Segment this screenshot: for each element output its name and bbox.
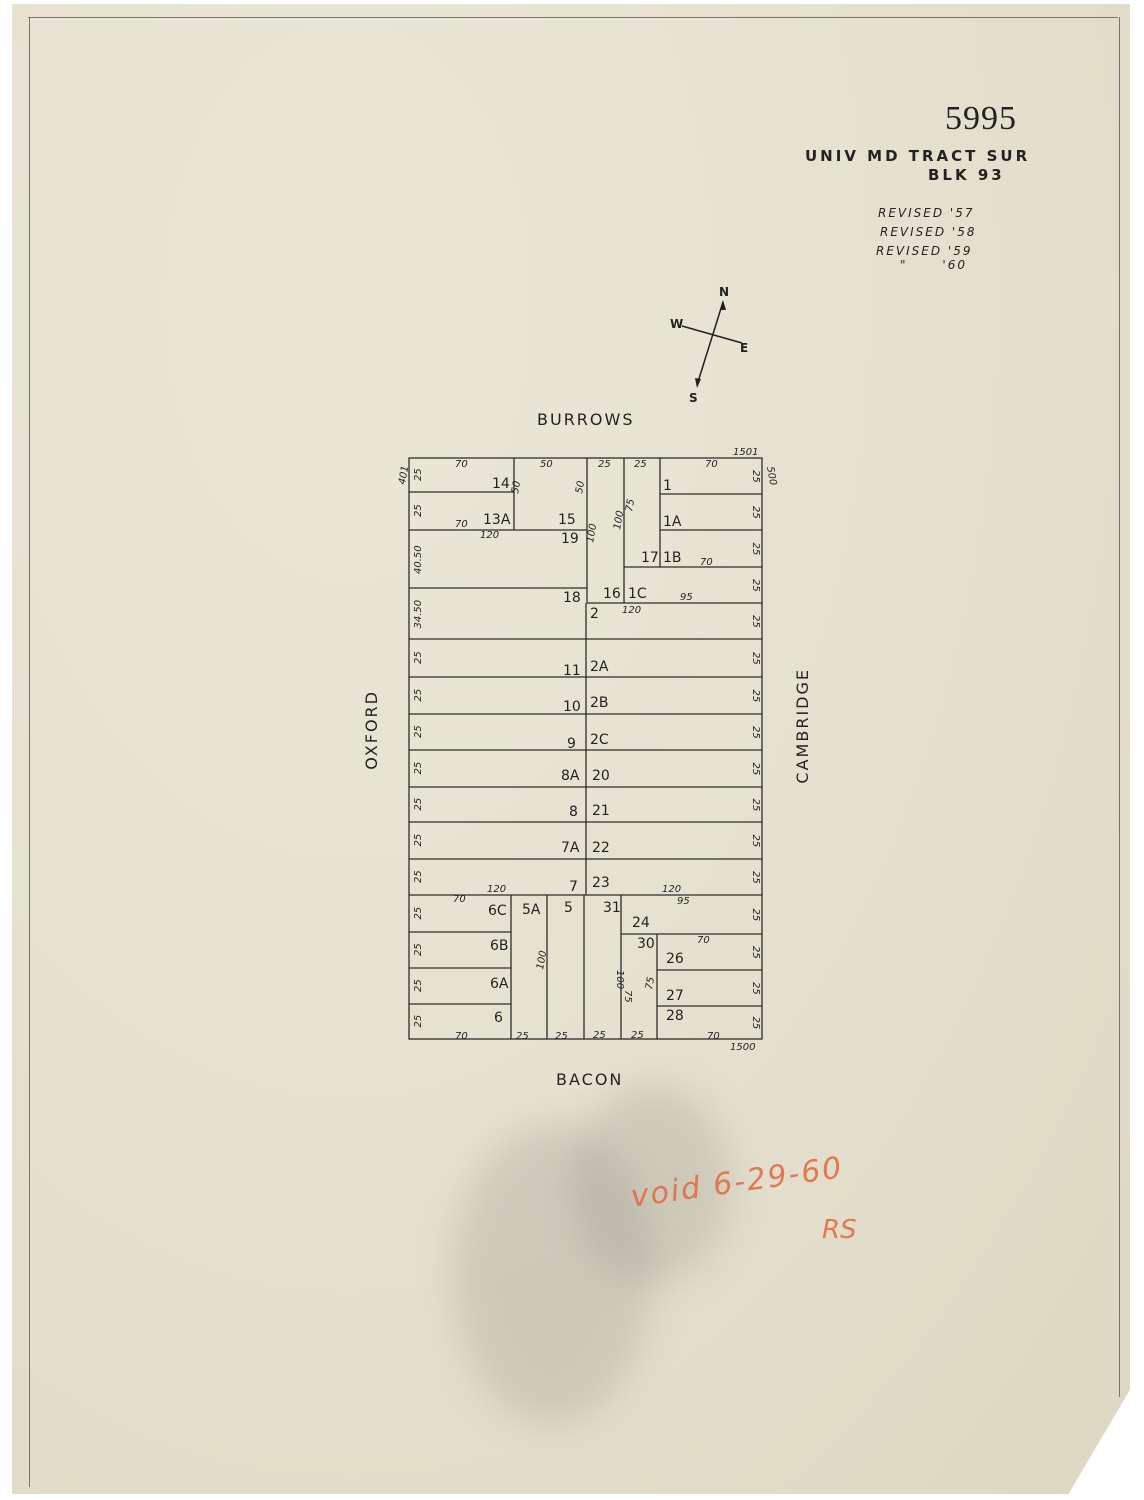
dimension-label: 50 <box>540 459 553 470</box>
left-edge-dimension: 25 <box>413 651 424 664</box>
corner-label-500: 500 <box>764 466 778 487</box>
lot-label-6b: 6B <box>490 938 509 954</box>
lot-label-1b: 1B <box>663 550 682 566</box>
dimension-label: 100 <box>585 523 599 544</box>
lot-label-31: 31 <box>603 900 621 916</box>
left-edge-dimension: 25 <box>413 907 424 920</box>
lot-label-27: 27 <box>666 988 684 1004</box>
dimension-label: 100 <box>614 970 625 989</box>
lot-label-6: 6 <box>494 1010 503 1026</box>
lot-label-23: 23 <box>592 875 610 891</box>
dimension-label: 70 <box>705 459 718 470</box>
dimension-label: 70 <box>697 935 710 946</box>
right-edge-dimension: 25 <box>750 982 761 995</box>
dimension-label: 25 <box>593 1030 606 1041</box>
lot-label-7: 7 <box>569 879 578 895</box>
lot-label-13a: 13A <box>483 512 511 528</box>
lot-label-18: 18 <box>563 590 581 606</box>
lot-label-2b: 2B <box>590 695 609 711</box>
lot-label-17: 17 <box>641 550 659 566</box>
block-plat: 1413A151918161C171B1A12112A102B92C8A2082… <box>0 0 1144 1500</box>
right-edge-dimension: 25 <box>750 652 761 665</box>
dimension-label: 25 <box>555 1031 568 1042</box>
lot-label-19: 19 <box>561 531 579 547</box>
lot-label-6c: 6C <box>488 903 507 919</box>
dimension-label: 50 <box>510 480 523 494</box>
dimension-label: 70 <box>700 557 713 568</box>
right-edge-dimension: 25 <box>750 726 761 739</box>
dimension-label: 75 <box>624 498 637 512</box>
lot-label-6a: 6A <box>490 976 509 992</box>
left-edge-dimension: 25 <box>413 943 424 956</box>
dimension-label: 120 <box>487 884 506 895</box>
lot-label-15: 15 <box>558 512 576 528</box>
dimension-label: 70 <box>455 1031 468 1042</box>
dimension-label: 25 <box>598 459 611 470</box>
lot-label-14: 14 <box>492 476 510 492</box>
right-edge-dimension: 25 <box>750 543 761 556</box>
dimension-label: 75 <box>644 976 657 990</box>
lot-label-8a: 8A <box>561 768 580 784</box>
right-edge-dimension: 25 <box>750 909 761 922</box>
dimension-label: 75 <box>622 990 633 1003</box>
right-edge-dimension: 25 <box>750 799 761 812</box>
dimension-label: 120 <box>622 605 641 616</box>
right-edge-dimension: 25 <box>750 470 761 483</box>
dimension-label: 95 <box>680 592 693 603</box>
lot-label-28: 28 <box>666 1008 684 1024</box>
lot-label-20: 20 <box>592 768 610 784</box>
dimension-label: 70 <box>455 459 468 470</box>
left-edge-dimension: 34.50 <box>413 600 424 629</box>
lot-label-1a: 1A <box>663 514 682 530</box>
right-edge-dimension: 25 <box>750 835 761 848</box>
pencil-initials: RS <box>822 1215 857 1245</box>
dimension-label: 70 <box>453 894 466 905</box>
right-edge-dimension: 25 <box>750 946 761 959</box>
left-edge-dimension: 25 <box>413 870 424 883</box>
lot-label-7a: 7A <box>561 840 580 856</box>
left-edge-dimension: 25 <box>413 798 424 811</box>
lot-label-22: 22 <box>592 840 610 856</box>
lot-label-2: 2 <box>590 606 599 622</box>
left-edge-dimension: 25 <box>413 1015 424 1028</box>
dimension-label: 95 <box>677 896 690 907</box>
lot-label-30: 30 <box>637 936 655 952</box>
left-edge-dimension: 25 <box>413 725 424 738</box>
corner-label-1501: 1501 <box>733 447 758 458</box>
dimension-label: 25 <box>516 1031 529 1042</box>
lot-label-5a: 5A <box>522 902 541 918</box>
right-edge-dimension: 25 <box>750 763 761 776</box>
lot-label-2c: 2C <box>590 732 609 748</box>
lot-label-5: 5 <box>564 900 573 916</box>
lot-label-11: 11 <box>563 663 581 679</box>
dimension-label: 70 <box>455 519 468 530</box>
right-edge-dimension: 25 <box>750 506 761 519</box>
right-edge-dimension: 25 <box>750 871 761 884</box>
right-edge-dimension: 25 <box>750 1017 761 1030</box>
left-edge-dimension: 25 <box>413 468 424 481</box>
lot-label-9: 9 <box>567 736 576 752</box>
left-edge-dimension: 25 <box>413 504 424 517</box>
dimension-label: 120 <box>662 884 681 895</box>
dimension-label: 25 <box>634 459 647 470</box>
right-edge-dimension: 25 <box>750 579 761 592</box>
dimension-label: 25 <box>631 1030 644 1041</box>
dimension-label: 50 <box>574 480 587 494</box>
left-edge-dimension: 25 <box>413 834 424 847</box>
lot-label-16: 16 <box>603 586 621 602</box>
lot-label-24: 24 <box>632 915 650 931</box>
left-edge-dimension: 25 <box>413 762 424 775</box>
lot-label-2a: 2A <box>590 659 609 675</box>
right-edge-dimension: 25 <box>750 615 761 628</box>
dimension-label: 70 <box>707 1031 720 1042</box>
right-edge-dimension: 25 <box>750 690 761 703</box>
lot-label-10: 10 <box>563 699 581 715</box>
left-edge-dimension: 40.50 <box>413 545 424 574</box>
lot-label-26: 26 <box>666 951 684 967</box>
corner-label-1500: 1500 <box>730 1042 755 1053</box>
lot-label-1c: 1C <box>628 586 647 602</box>
lot-label-8: 8 <box>569 804 578 820</box>
lot-label-1: 1 <box>663 478 672 494</box>
left-edge-dimension: 25 <box>413 979 424 992</box>
dimension-label: 120 <box>480 530 499 541</box>
left-edge-dimension: 25 <box>413 689 424 702</box>
lot-label-21: 21 <box>592 803 610 819</box>
